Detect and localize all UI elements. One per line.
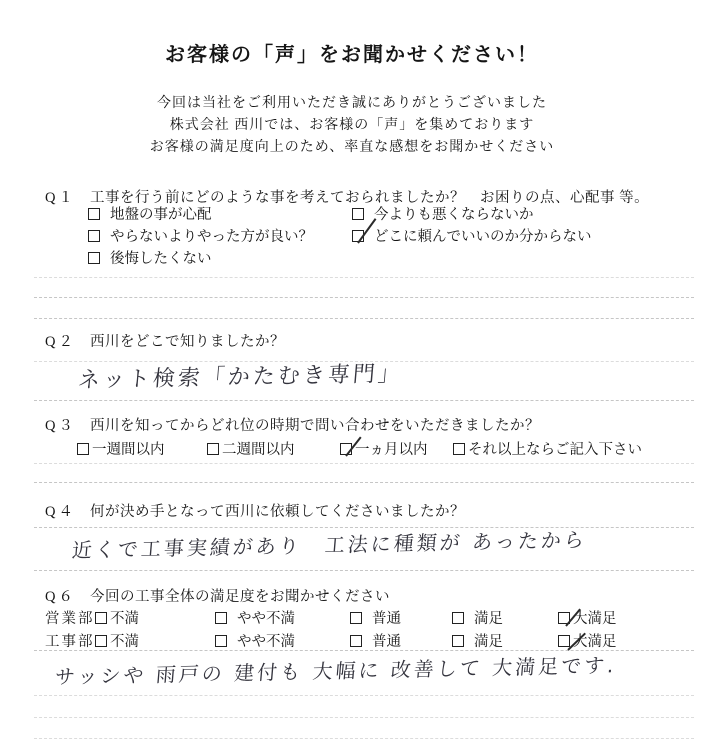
option-label: 満足 [474, 630, 503, 651]
ruled-line [34, 717, 694, 718]
q3-option-more: それ以上ならご記入下さい [453, 438, 642, 459]
q3-option-1month: 一ヵ月以内 [340, 438, 428, 459]
q6-r1-manzoku: 満足 [452, 607, 503, 628]
q2-question: Q２西川をどこで知りましたか？ [45, 330, 285, 351]
q6-row-koujibu: 工事部 [45, 630, 95, 651]
checkbox [88, 230, 100, 242]
checkbox [558, 635, 570, 647]
checkbox [88, 252, 100, 264]
q6-question: Q６今回の工事全体の満足度をお聞かせください [45, 585, 390, 606]
checkbox [452, 635, 464, 647]
checkbox [453, 443, 465, 455]
option-label: どこに頼んでいいのか分からない [374, 225, 592, 246]
q6-r1-daimanzoku: 大満足 [558, 607, 617, 628]
checkbox [95, 612, 107, 624]
ruled-line [34, 463, 694, 464]
option-label: やや不満 [237, 607, 295, 628]
checkbox [452, 612, 464, 624]
q4-label: Q４ [45, 500, 76, 521]
option-label: 地盤の事が心配 [110, 203, 212, 224]
q3-label: Q３ [45, 414, 76, 435]
intro-line: お客様の満足度向上のため、率直な感想をお聞かせください [0, 137, 704, 159]
ruled-line [34, 400, 694, 401]
checkbox [95, 635, 107, 647]
ruled-line [34, 738, 694, 739]
ruled-line [34, 695, 694, 696]
q3-question: Q３西川を知ってからどれ位の時期で問い合わせをいただきましたか？ [45, 414, 540, 435]
intro-line: 株式会社 西川では、お客様の「声」を集めております [0, 115, 704, 137]
checkbox [207, 443, 219, 455]
checkbox [77, 443, 89, 455]
q1-label: Q１ [45, 186, 76, 207]
q1-option-yaranai: やらないよりやった方が良い？ [88, 225, 313, 246]
option-label: 普通 [372, 630, 401, 651]
option-label: やや不満 [237, 630, 295, 651]
q4-question: Q４何が決め手となって西川に依頼してくださいましたか？ [45, 500, 465, 521]
q3-option-1week: 一週間以内 [77, 438, 165, 459]
option-label: 満足 [474, 607, 503, 628]
q6-r2-manzoku: 満足 [452, 630, 503, 651]
checkbox [352, 230, 364, 242]
option-label: 不満 [110, 607, 139, 628]
checkbox [215, 612, 227, 624]
checkbox [350, 612, 362, 624]
q6-row-eigyoubu: 営業部 [45, 607, 95, 628]
option-label: 不満 [110, 630, 139, 651]
checkbox [352, 208, 364, 220]
intro-line: 今回は当社をご利用いただき誠にありがとうございました [0, 93, 704, 115]
ruled-line [34, 277, 694, 278]
ruled-line [34, 482, 694, 483]
checkbox [340, 443, 352, 455]
checkbox [88, 208, 100, 220]
q6-r1-futsuu: 普通 [350, 607, 401, 628]
option-label: やらないよりやった方が良い？ [110, 225, 313, 246]
q1-option-koukai: 後悔したくない [88, 247, 212, 268]
checkbox [350, 635, 362, 647]
q6-r2-daimanzoku: 大満足 [558, 630, 617, 651]
ruled-line [34, 318, 694, 319]
q6-r2-yayafuman: やや不満 [215, 630, 295, 651]
q6-r2-fuman: 不満 [95, 630, 139, 651]
intro-text: 今回は当社をご利用いただき誠にありがとうございました 株式会社 西川では、お客様… [0, 93, 704, 159]
q2-handwritten-answer: ネット検索「かたむき専門」 [77, 357, 405, 395]
q1-option-jiban: 地盤の事が心配 [88, 203, 212, 224]
q1-option-dokoni: どこに頼んでいいのか分からない [352, 225, 592, 246]
option-label: 一週間以内 [92, 438, 165, 459]
option-label: 大満足 [573, 630, 617, 651]
checkbox [558, 612, 570, 624]
q6-label: Q６ [45, 585, 76, 606]
q6-handwritten-comment: サッシや 雨戸の 建付も 大幅に 改善して 大満足です. [54, 649, 618, 690]
ruled-line [34, 570, 694, 571]
q6-r2-futsuu: 普通 [350, 630, 401, 651]
q6-r1-fuman: 不満 [95, 607, 139, 628]
q2-label: Q２ [45, 330, 76, 351]
page-title: お客様の「声」をお聞かせください！ [0, 38, 704, 67]
ruled-line [34, 297, 694, 298]
q6-r1-yayafuman: やや不満 [215, 607, 295, 628]
option-label: それ以上ならご記入下さい [468, 438, 642, 459]
q4-handwritten-answer: 近くで工事実績があり 工法に種類が あったから [71, 524, 588, 564]
option-label: 普通 [372, 607, 401, 628]
option-label: 二週間以内 [222, 438, 295, 459]
scanned-survey-page: お客様の「声」をお聞かせください！ 今回は当社をご利用いただき誠にありがとうござ… [0, 0, 704, 747]
option-label: 今よりも悪くならないか [374, 203, 534, 224]
checkbox [215, 635, 227, 647]
option-label: 後悔したくない [110, 247, 212, 268]
q3-option-2weeks: 二週間以内 [207, 438, 295, 459]
option-label: 一ヵ月以内 [355, 438, 428, 459]
q1-option-imayori: 今よりも悪くならないか [352, 203, 534, 224]
